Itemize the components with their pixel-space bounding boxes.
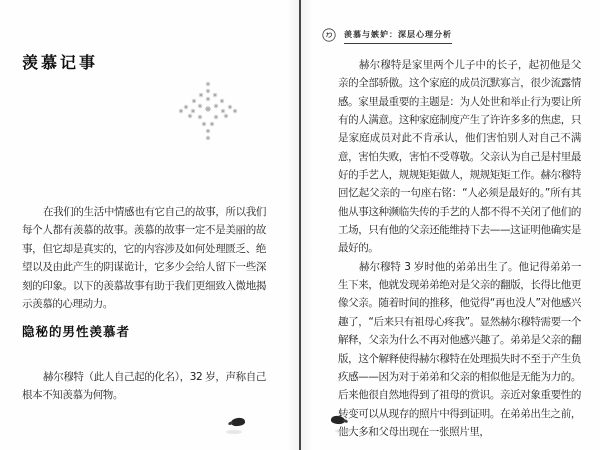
running-header: 羡慕与嫉妒：深层心理分析 bbox=[321, 29, 452, 44]
spine-shadow bbox=[287, 0, 299, 450]
body-text: 赫尔穆特是家里两个儿子中的长子，起初他是父亲的全部骄傲。这个家庭的成员沉默寡言，… bbox=[338, 56, 581, 441]
running-header-title: 羡慕与嫉妒：深层心理分析 bbox=[344, 29, 452, 44]
floral-spray-ornament-icon bbox=[176, 80, 240, 142]
left-page: 羡慕记事 bbox=[0, 0, 299, 450]
intro-paragraph: 在我们的生活中情感也有它自己的故事，所以我们每个人都有羡慕的故事。羡慕的故事一定… bbox=[22, 203, 266, 313]
page-number-smudge-left bbox=[231, 417, 246, 426]
page-number-ghost-right bbox=[335, 429, 351, 433]
page-number-ghost-left bbox=[226, 430, 242, 434]
book-spread: 羡慕记事 bbox=[0, 0, 600, 450]
section-heading: 隐秘的男性羡慕者 bbox=[22, 322, 130, 340]
body-paragraph-1: 赫尔穆特是家里两个儿子中的长子，起初他是父亲的全部骄傲。这个家庭的成员沉默寡言，… bbox=[338, 56, 581, 258]
publisher-logo-icon bbox=[321, 27, 337, 43]
page-number-smudge-right bbox=[331, 416, 346, 425]
right-page: 羡慕与嫉妒：深层心理分析 赫尔穆特是家里两个儿子中的长子，起初他是父亲的全部骄傲… bbox=[301, 0, 600, 450]
chapter-title: 羡慕记事 bbox=[22, 50, 98, 73]
section-paragraph: 赫尔穆特（此人自己起的化名），32 岁，声称自己根本不知羡慕为何物。 bbox=[22, 368, 266, 405]
body-paragraph-2: 赫尔穆特 3 岁时他的弟弟出生了。他记得弟弟一生下来，他就发现弟弟绝对是父亲的翻… bbox=[338, 258, 581, 441]
